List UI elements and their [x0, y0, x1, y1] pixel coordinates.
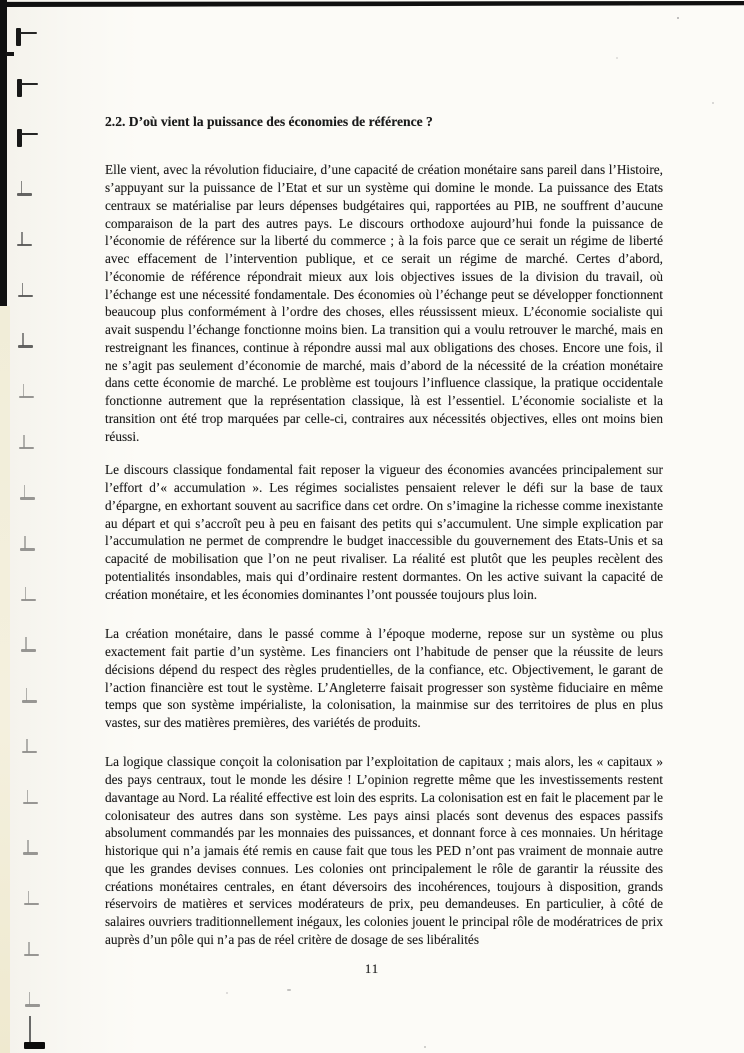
binding-mark-line	[29, 1016, 31, 1044]
scan-edge-left-cream	[0, 306, 10, 1053]
binding-mark	[22, 941, 48, 959]
section-heading: 2.2. D’où vient la puissance des économi…	[105, 114, 663, 130]
binding-mark	[16, 282, 42, 300]
scan-speck	[226, 992, 228, 994]
binding-mark	[13, 28, 39, 46]
binding-mark	[17, 383, 43, 401]
binding-mark-bottom	[22, 1016, 48, 1050]
paragraph-2: Le discours classique fondamental fait r…	[105, 461, 663, 603]
scan-speck	[712, 102, 714, 104]
scanned-document-page: 2.2. D’où vient la puissance des économi…	[0, 0, 744, 1053]
binding-mark	[19, 586, 45, 604]
binding-mark	[20, 738, 46, 756]
scan-speck	[424, 1046, 426, 1048]
scan-edge-left-black	[0, 0, 7, 312]
binding-mark	[23, 991, 49, 1009]
binding-mark	[21, 789, 47, 807]
binding-mark	[14, 79, 40, 97]
page-number: 11	[0, 962, 744, 977]
scan-edge-top	[4, 1, 744, 7]
binding-mark	[15, 180, 41, 198]
binding-mark	[19, 636, 45, 654]
binding-mark	[18, 535, 44, 553]
binding-mark	[18, 484, 44, 502]
paragraph-1: Elle vient, avec la révolution fiduciair…	[105, 161, 663, 445]
binding-mark-foot	[24, 1042, 45, 1049]
scan-speck	[287, 989, 291, 991]
binding-mark	[20, 687, 46, 705]
binding-mark	[21, 839, 47, 857]
paragraph-4: La logique classique conçoit la colonisa…	[105, 753, 663, 948]
binding-mark	[17, 434, 43, 452]
binding-mark	[16, 332, 42, 350]
paragraph-3: La création monétaire, dans le passé com…	[105, 625, 663, 732]
scan-speck	[677, 17, 679, 19]
binding-mark	[15, 231, 41, 249]
binding-mark	[22, 890, 48, 908]
binding-mark	[14, 129, 40, 147]
scan-speck	[616, 57, 618, 59]
